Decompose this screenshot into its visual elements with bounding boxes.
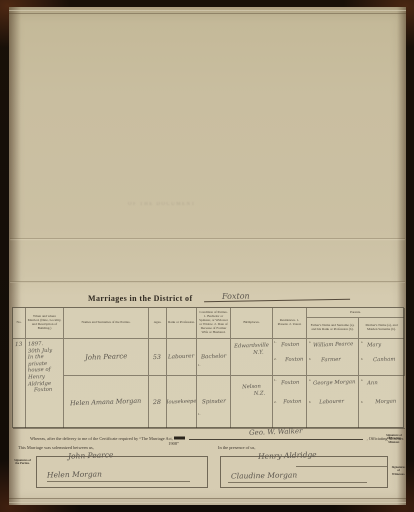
party1-birthplace-cell: Edwardsville N.Y.	[231, 339, 273, 376]
parties-margin-note: Signatures of the Parties.	[12, 459, 33, 466]
page-edge-line	[9, 498, 406, 499]
party1-mother-cell: a b Mary Canham	[359, 339, 405, 376]
party1-signature: John Pearce	[67, 450, 113, 461]
page-edge-line	[9, 13, 406, 14]
page-edge-line	[9, 10, 406, 11]
left-binding-shadow	[9, 7, 21, 505]
party1-rank-cell: Labourer	[167, 339, 197, 376]
col-header-parents-group: Parents.	[307, 308, 405, 318]
page-crease	[10, 238, 405, 239]
presence-label: In the presence of us,	[218, 445, 255, 450]
col-header-residences: Residences. 1. Present. 2. Usual.	[273, 308, 307, 339]
party2-signature: Helen Morgan	[47, 470, 102, 480]
declaration-text: Whereas, after the delivery to me of the…	[30, 436, 185, 441]
entry-number-cell: 13	[13, 339, 26, 429]
cell-mark: 1.	[198, 363, 200, 367]
party2-condition: Spinster	[201, 398, 225, 406]
witness2-signature: Claudine Morgan	[231, 470, 297, 480]
signature-rule	[47, 481, 190, 482]
form-sheet-top-edge	[10, 281, 405, 283]
party2-rank: Housekeeper	[167, 398, 197, 406]
party1-residences-cell: 1. 2. Foxton Foxton	[273, 339, 307, 376]
party1-name-cell: John Pearce	[64, 339, 149, 376]
cell-mark: 1.	[198, 412, 200, 416]
party1-rank: Labourer	[168, 353, 194, 361]
faint-watermark: OF THE DOCUMENT	[128, 202, 308, 207]
col-header-birthplaces: Birthplaces.	[231, 308, 273, 339]
col-header-father: Father's Name and Surname (a), and his R…	[307, 318, 359, 339]
witness1-signature: Henry Aldridge	[257, 450, 316, 461]
party1-condition-cell: 1. Bachelor	[197, 339, 231, 376]
declaration-line: Whereas, after the delivery to me of the…	[30, 428, 404, 441]
party2-mother-maiden: Morgan	[359, 386, 405, 406]
entry-number: 13	[15, 342, 23, 348]
witnesses-margin-note: Signatures of Witnesses.	[391, 466, 406, 476]
amended-year: 1908”	[168, 441, 179, 446]
party1-father-rank: Farmer	[307, 348, 358, 364]
when-where-cell: 1897. 30th July In the private house of …	[26, 339, 64, 429]
when-where-line: Foxton	[28, 387, 62, 395]
when-where-line: house of Henry	[28, 367, 62, 381]
minister-margin-note: Signature of Officiating Minister.	[384, 434, 404, 444]
page-edge-line	[9, 502, 406, 503]
signature-rule	[296, 466, 387, 467]
party1-age: 53	[153, 353, 161, 360]
party2-father-rank: Labourer	[307, 386, 358, 406]
struck-out-year	[174, 436, 185, 440]
party2-birthplace: N.Z.	[231, 390, 272, 398]
col-header-no: No.	[13, 308, 26, 339]
party1-age-cell: 53	[149, 339, 167, 376]
party2-name: Helen Amana Morgan	[70, 397, 141, 407]
col-header-ages: Ages.	[149, 308, 167, 339]
minister-signature: Geo. W. Walker	[249, 427, 303, 437]
party2-mother-cell: a b Ann Morgan	[359, 376, 405, 429]
witnesses-signature-box: Henry Aldridge Claudine Morgan	[220, 456, 388, 488]
party1-mother-maiden: Canham	[359, 348, 404, 364]
party2-residence-present: Foxton	[273, 376, 306, 387]
marriage-register-table: No. When and where Married. (Date, Local…	[12, 307, 404, 428]
col-header-condition: Condition of Parties. 1. Bachelor or Spi…	[197, 308, 231, 339]
col-header-when-where: When and where Married. (Date, Locality,…	[26, 308, 64, 339]
party1-residence-usual: Foxton	[273, 348, 306, 364]
col-header-rank: Rank or Profession.	[167, 308, 197, 339]
declaration-text-before: Whereas, after the delivery to me of the…	[30, 436, 173, 441]
form-title: Marriages in the District of	[88, 294, 193, 303]
col-header-names: Names and Surnames of the Parties.	[64, 308, 149, 339]
solemnized-label: This Marriage was solemnized between us,	[18, 445, 94, 450]
party1-name: John Pearce	[85, 352, 128, 361]
party2-residence-usual: Foxton	[273, 386, 306, 406]
col-header-mother: Mother's Name (a), and Maiden Surname (b…	[359, 318, 405, 339]
scanned-register-image: OF THE DOCUMENT Marriages in the Distric…	[0, 0, 414, 512]
signature-rule	[228, 482, 367, 483]
party1-condition: Bachelor	[201, 353, 227, 361]
minister-signature-line: Geo. W. Walker	[189, 421, 363, 440]
party2-age: 28	[153, 398, 161, 405]
party1-birthplace: N.Y.	[231, 349, 272, 357]
parties-signature-box: John Pearce Helen Morgan	[36, 456, 208, 488]
party2-name-cell: Helen Amana Morgan	[64, 376, 149, 429]
party1-father-cell: a b William Pearce Farmer	[307, 339, 359, 376]
party2-age-cell: 28	[149, 376, 167, 429]
